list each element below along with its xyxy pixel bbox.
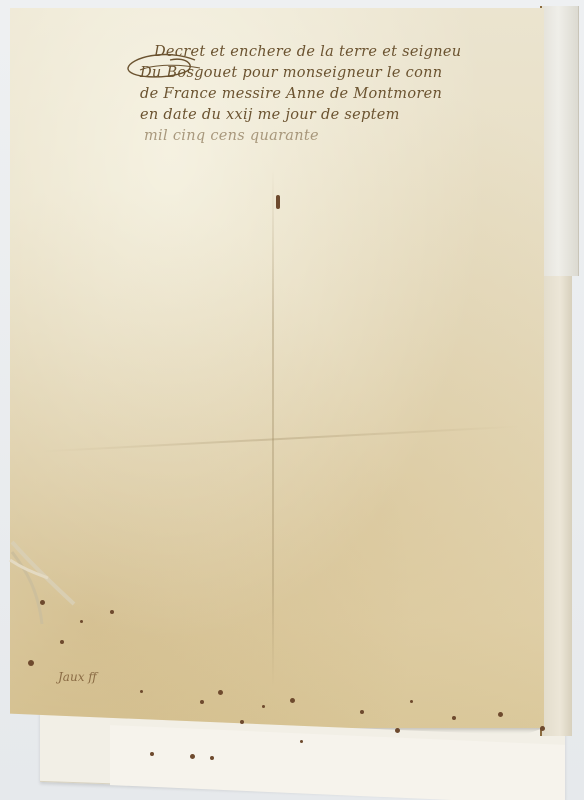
heading-line-4: en date du xxij me jour de septem: [118, 105, 538, 126]
marginal-note: Jaux ff: [58, 670, 97, 684]
folded-flap-right: [540, 6, 579, 276]
heading-line-3: de France messire Anne de Montmoren: [118, 84, 538, 105]
manuscript-heading: Decret et enchere de la terre et seigneu…: [118, 42, 538, 147]
binding-tie-icon: [8, 540, 78, 630]
photo-background: Decret et enchere de la terre et seigneu…: [0, 0, 584, 800]
vertical-fold-crease: [272, 168, 274, 688]
folded-edge-lower: [540, 276, 572, 736]
heading-line-5: mil cinq cens quarante: [118, 126, 538, 147]
horizontal-fold-crease: [40, 425, 519, 452]
heading-line-2: Du Bosgouet pour monseigneur le conn: [118, 63, 538, 84]
heading-line-1: Decret et enchere de la terre et seigneu: [118, 42, 538, 63]
